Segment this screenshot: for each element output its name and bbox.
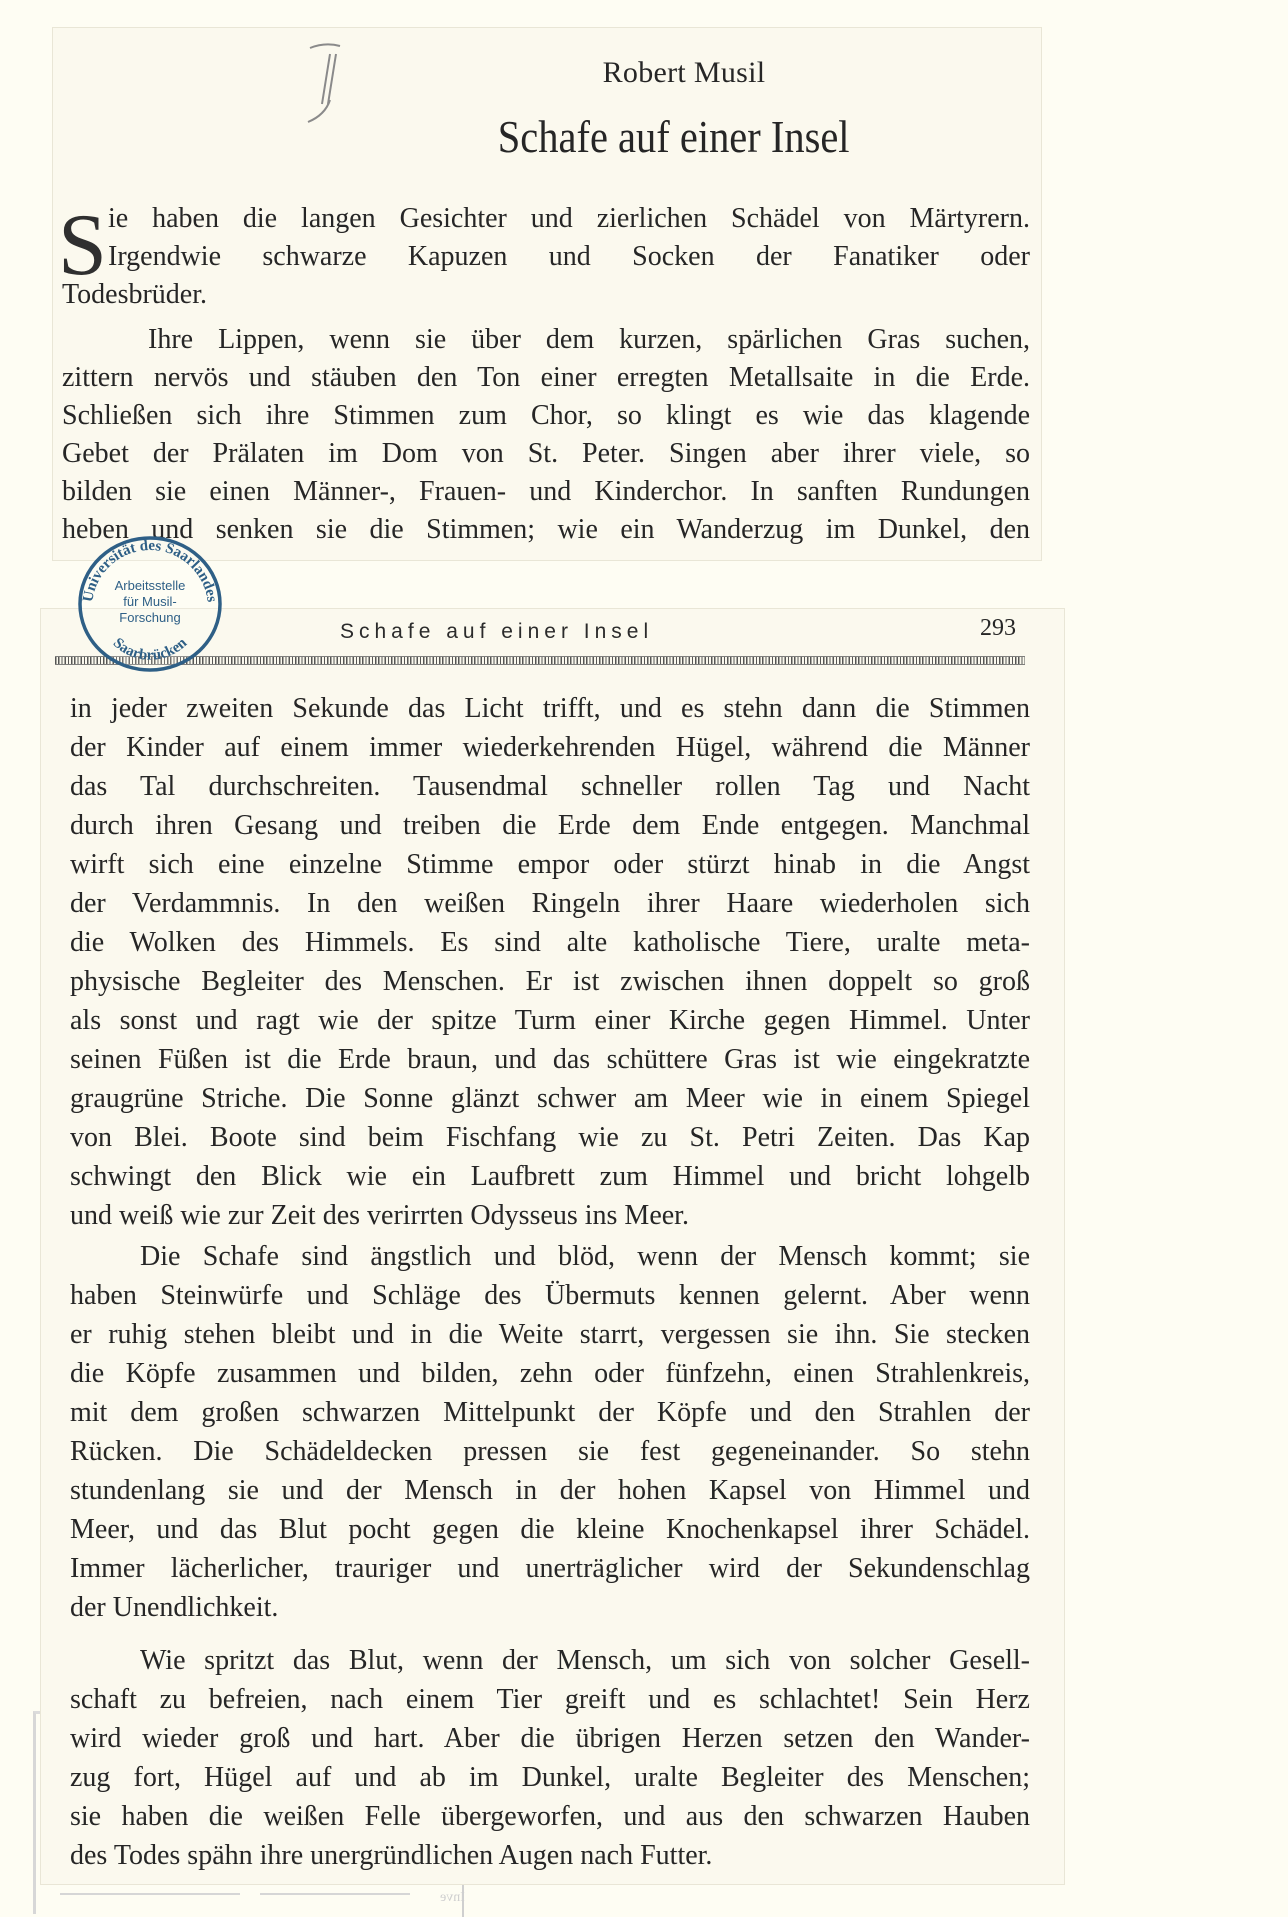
- text-line: Irgendwie schwarze Kapuzen und Socken de…: [108, 240, 1030, 274]
- text-line: des Todes spähn ihre unergründlichen Aug…: [70, 1839, 1030, 1873]
- text-line: Schließen sich ihre Stimmen zum Chor, so…: [62, 399, 1030, 433]
- text-line: ie haben die langen Gesichter und zierli…: [108, 202, 1030, 236]
- text-line: schaft zu befreien, nach einem Tier grei…: [70, 1683, 1030, 1717]
- text-line: das Tal durchschreiten. Tausendmal schne…: [70, 770, 1030, 804]
- stamp-seal-icon: Universität des Saarlandes Saarbrücken A…: [70, 530, 230, 675]
- text-line: die Wolken des Himmels. Es sind alte kat…: [70, 926, 1030, 960]
- svg-text:für Musil-: für Musil-: [123, 594, 176, 609]
- text-line: bilden sie einen Männer-, Frauen- und Ki…: [62, 475, 1030, 509]
- article-title: Schafe auf einer Insel: [72, 110, 1205, 163]
- text-line: seinen Füßen ist die Erde braun, und das…: [70, 1043, 1030, 1077]
- text-line: zug fort, Hügel auf und ab im Dunkel, ur…: [70, 1761, 1030, 1795]
- backing-sheet-text: Inve: [440, 1890, 465, 1906]
- text-line: in jeder zweiten Sekunde das Licht triff…: [70, 692, 1030, 726]
- text-line: Die Schafe sind ängstlich und blöd, wenn…: [140, 1240, 1030, 1274]
- text-line: der Unendlichkeit.: [70, 1591, 1030, 1625]
- text-line: schwingt den Blick wie ein Laufbrett zum…: [70, 1160, 1030, 1194]
- text-line: stundenlang sie und der Mensch in der ho…: [70, 1474, 1030, 1508]
- text-line: Todesbrüder.: [62, 278, 1030, 312]
- text-line: haben Steinwürfe und Schläge des Übermut…: [70, 1279, 1030, 1313]
- text-line: mit dem großen schwarzen Mittelpunkt der…: [70, 1396, 1030, 1430]
- text-line: wirft sich eine einzelne Stimme empor od…: [70, 848, 1030, 882]
- text-line: Meer, und das Blut pocht gegen die klein…: [70, 1513, 1030, 1547]
- text-line: physische Begleiter des Menschen. Er ist…: [70, 965, 1030, 999]
- text-line: wird wieder groß und hart. Aber die übri…: [70, 1722, 1030, 1756]
- backing-sheet-line: [60, 1893, 240, 1895]
- text-line: und weiß wie zur Zeit des verirrten Odys…: [70, 1199, 1030, 1233]
- svg-text:Arbeitsstelle: Arbeitsstelle: [115, 578, 186, 593]
- text-line: Gebet der Prälaten im Dom von St. Peter.…: [62, 437, 1030, 471]
- text-line: Immer lächerlicher, trauriger und unertr…: [70, 1552, 1030, 1586]
- text-line: graugrüne Striche. Die Sonne glänzt schw…: [70, 1082, 1030, 1116]
- drop-cap: S: [58, 206, 107, 286]
- svg-text:Forschung: Forschung: [119, 610, 180, 625]
- text-line: sie haben die weißen Felle übergeworfen,…: [70, 1800, 1030, 1834]
- text-line: Wie spritzt das Blut, wenn der Mensch, u…: [140, 1644, 1030, 1678]
- running-header: Schafe auf einer Insel: [340, 620, 653, 644]
- institution-stamp: Universität des Saarlandes Saarbrücken A…: [70, 530, 230, 675]
- text-line: als sonst und ragt wie der spitze Turm e…: [70, 1004, 1030, 1038]
- text-line: zittern nervös und stäuben den Ton einer…: [62, 361, 1030, 395]
- text-line: der Kinder auf einem immer wiederkehrend…: [70, 731, 1030, 765]
- text-line: die Köpfe zusammen und bilden, zehn oder…: [70, 1357, 1030, 1391]
- backing-sheet-line: [260, 1893, 410, 1895]
- text-line: er ruhig stehen bleibt und in die Weite …: [70, 1318, 1030, 1352]
- text-line: durch ihren Gesang und treiben die Erde …: [70, 809, 1030, 843]
- author-name: Robert Musil: [0, 56, 1288, 90]
- text-line: von Blei. Boote sind beim Fischfang wie …: [70, 1121, 1030, 1155]
- page-number: 293: [980, 615, 1016, 642]
- text-line: Rücken. Die Schädeldecken pressen sie fe…: [70, 1435, 1030, 1469]
- text-line: Ihre Lippen, wenn sie über dem kurzen, s…: [148, 323, 1030, 357]
- text-line: der Verdammnis. In den weißen Ringeln ih…: [70, 887, 1030, 921]
